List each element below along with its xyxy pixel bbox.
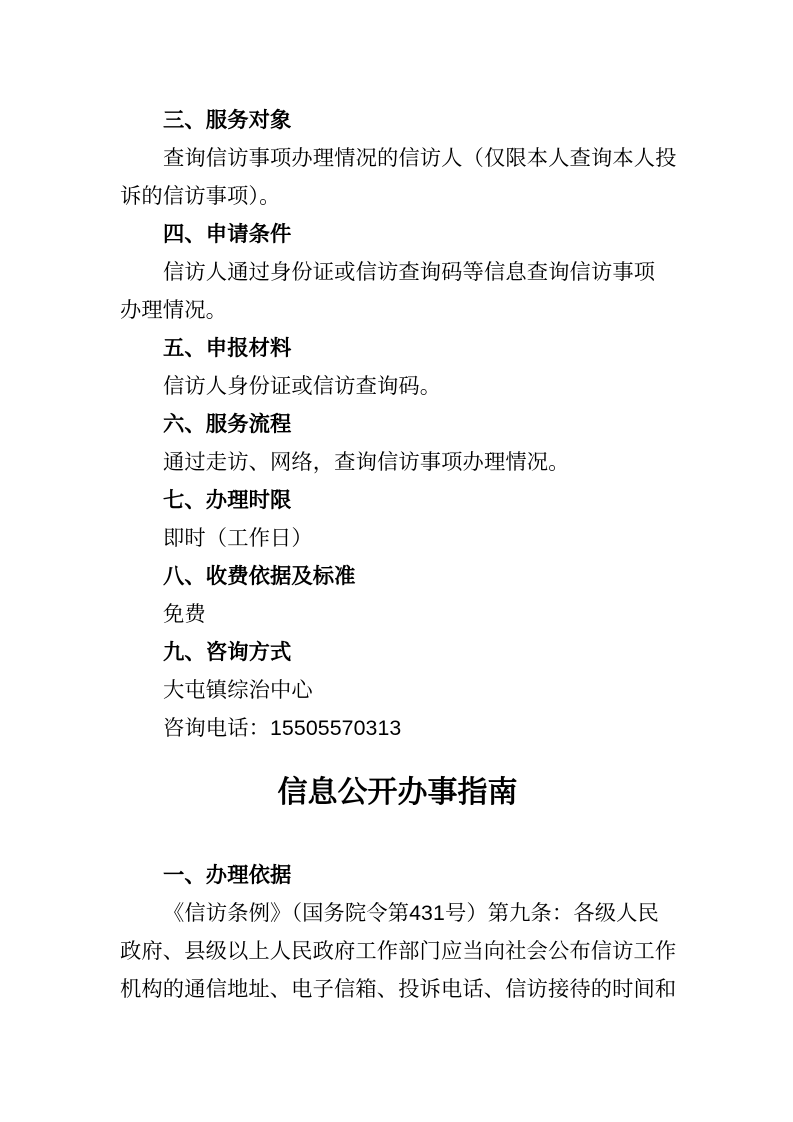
contact-phone-line: 咨询电话：15505570313 — [120, 709, 675, 747]
body-line: 信访人通过身份证或信访查询码等信息查询信访事项 — [120, 253, 675, 291]
body-line: 办理情况。 — [120, 291, 675, 329]
document-body: 三、服务对象 查询信访事项办理情况的信访人（仅限本人查询本人投 诉的信访事项）。… — [0, 0, 793, 1008]
document-title: 信息公开办事指南 — [120, 760, 675, 825]
body-line: 查询信访事项办理情况的信访人（仅限本人查询本人投 — [120, 139, 675, 177]
heading-line: 九、咨询方式 — [120, 633, 675, 671]
body-line: 通过走访、网络，查询信访事项办理情况。 — [120, 443, 675, 481]
heading-line: 六、服务流程 — [120, 405, 675, 443]
heading-line: 四、申请条件 — [120, 215, 675, 253]
heading-line: 一、办理依据 — [120, 856, 675, 894]
body-line: 信访人身份证或信访查询码。 — [120, 367, 675, 405]
body-line: 大屯镇综治中心 — [120, 671, 675, 709]
heading-line: 三、服务对象 — [120, 101, 675, 139]
body-line: 机构的通信地址、电子信箱、投诉电话、信访接待的时间和 — [120, 970, 675, 1008]
body-line: 即时（工作日） — [120, 519, 675, 557]
heading-line: 五、申报材料 — [120, 329, 675, 367]
body-line: 免费 — [120, 595, 675, 633]
body-line: 诉的信访事项）。 — [120, 177, 675, 215]
info-disclosure-section: 一、办理依据 《信访条例》（国务院令第431号）第九条：各级人民 政府、县级以上… — [120, 856, 675, 1008]
heading-line: 八、收费依据及标准 — [120, 557, 675, 595]
document-page: 三、服务对象 查询信访事项办理情况的信访人（仅限本人查询本人投 诉的信访事项）。… — [0, 0, 793, 1122]
body-line: 《信访条例》（国务院令第431号）第九条：各级人民 — [120, 894, 675, 932]
service-guide-section: 三、服务对象 查询信访事项办理情况的信访人（仅限本人查询本人投 诉的信访事项）。… — [120, 101, 675, 747]
body-line: 政府、县级以上人民政府工作部门应当向社会公布信访工作 — [120, 932, 675, 970]
heading-line: 七、办理时限 — [120, 481, 675, 519]
